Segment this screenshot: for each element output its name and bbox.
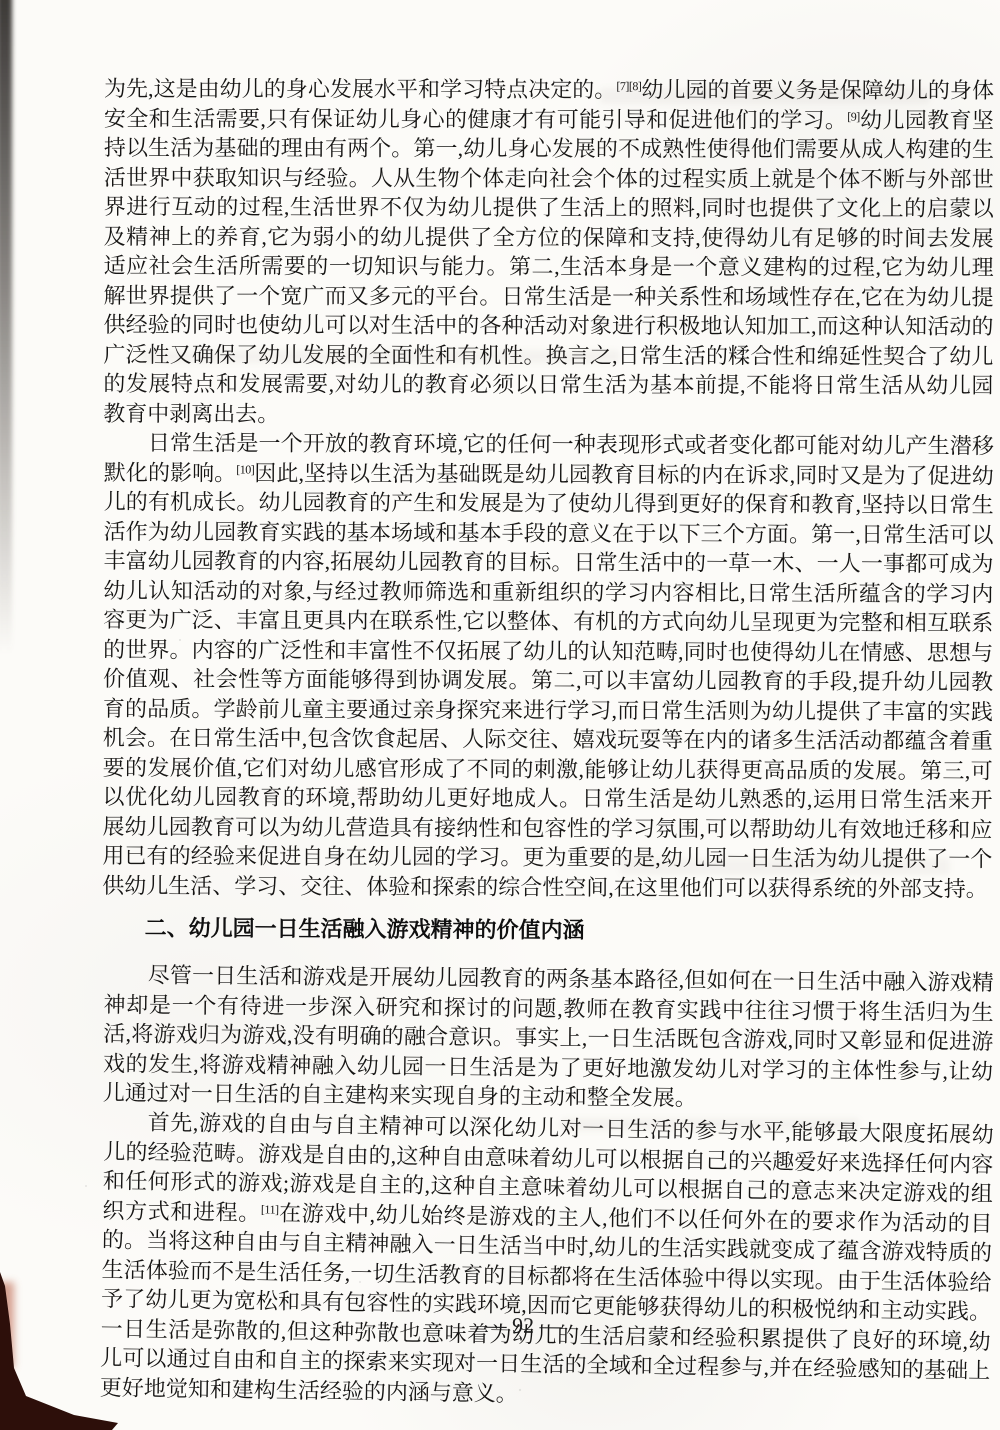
body-paragraph: 为先,这是由幼儿的身心发展水平和学习特点决定的。[7][8]幼儿园的首要义务是保… (103, 74, 994, 430)
body-paragraph: 日常生活是一个开放的教育环境,它的任何一种表现形式或者变化都可能对幼儿产生潜移默… (102, 428, 994, 903)
body-paragraph: 首先,游戏的自由与自主精神可以深化幼儿对一日生活的参与水平,能够最大限度拓展幼儿… (100, 1107, 994, 1415)
page-body-text: 为先,这是由幼儿的身心发展水平和学习特点决定的。[7][8]幼儿园的首要义务是保… (104, 74, 994, 1402)
scan-edge-shadow (0, 0, 12, 654)
body-paragraph: 尽管一日生活和游戏是开展幼儿园教育的两条基本路径,但如何在一日生活中融入游戏精神… (103, 960, 994, 1116)
footnote-ref: [9] (847, 109, 860, 123)
footnote-ref: [11] (261, 1202, 279, 1216)
footnote-ref: [7][8] (616, 79, 641, 93)
footnote-ref: [10] (236, 462, 254, 476)
scanned-paper-page: 为先,这是由幼儿的身心发展水平和学习特点决定的。[7][8]幼儿园的首要义务是保… (0, 0, 1000, 1430)
section-heading: 二、幼儿园一日生活融入游戏精神的价值内涵 (104, 913, 994, 947)
